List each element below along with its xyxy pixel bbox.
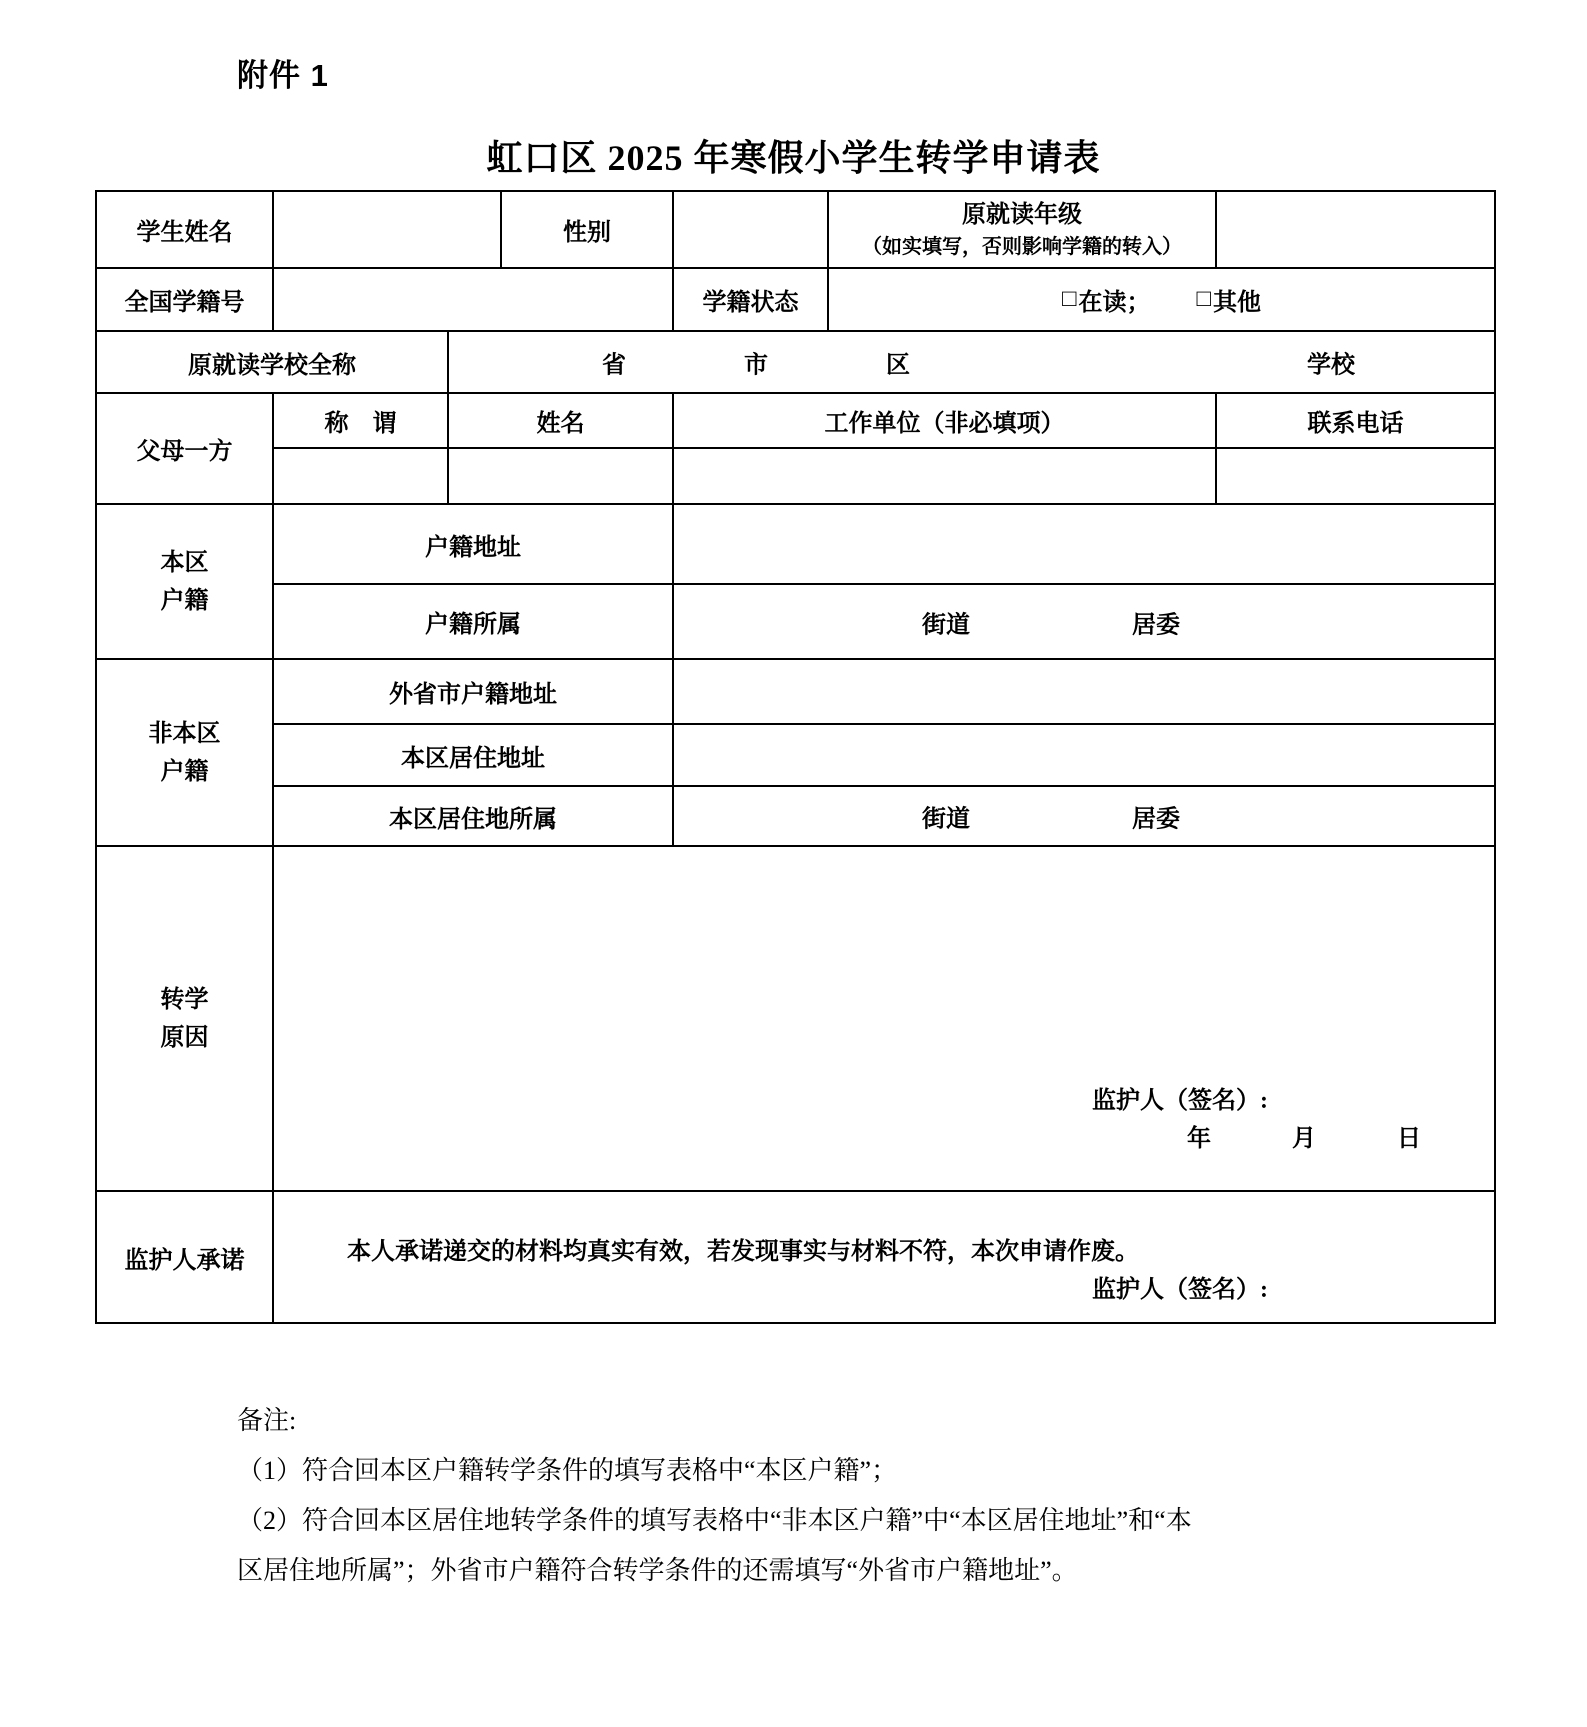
nonlocal-out-address-field[interactable] [673,659,1495,724]
checkbox-other-icon[interactable]: □ [1197,286,1212,313]
national-id-field[interactable] [273,268,673,331]
guardian-promise-field[interactable]: 本人承诺递交的材料均真实有效，若发现事实与材料不符，本次申请作废。 监护人（签名… [273,1191,1495,1323]
document-page: { "page": { "attachment_label": "附件 1", … [0,0,1587,1727]
note-line-2: （2）符合回本区居住地转学条件的填写表格中“非本区户籍”中“本区居住地址”和“本 [237,1496,1417,1546]
guardian-promise-label: 监护人承诺 [96,1191,273,1323]
original-grade-label: 原就读年级 [829,200,1215,230]
parent-phone-field[interactable] [1216,448,1495,504]
original-school-label: 原就读学校全称 [96,331,448,393]
nonlocal-live-address-field[interactable] [673,724,1495,786]
original-grade-note: （如实填写，否则影响学籍的转入） [829,234,1215,260]
nonlocal-hukou-line2: 户籍 [97,753,272,791]
school-unit-district: 区 [886,345,910,380]
note-line-3: 区居住地所属”；外省市户籍符合转学条件的还需填写“外省市户籍地址”。 [237,1546,1417,1596]
local-belong-units: 街道 居委 [674,586,1494,657]
nonlocal-hukou-line1: 非本区 [97,715,272,753]
nonlocal-live-belong-label: 本区居住地所属 [273,786,673,846]
parent-title-field[interactable] [273,448,448,504]
row-parent-header: 父母一方 称 谓 姓名 工作单位（非必填项） 联系电话 [96,393,1495,448]
note-line-1: （1）符合回本区户籍转学条件的填写表格中“本区户籍”； [237,1446,1417,1496]
attachment-label: 附件 1 [237,50,329,95]
local-hukou-belong-field[interactable]: 街道 居委 [673,584,1495,659]
date-year-label: 年 [1187,1118,1211,1153]
local-hukou-address-label: 户籍地址 [273,504,673,584]
local-hukou-line1: 本区 [97,544,272,582]
original-grade-header: 原就读年级 （如实填写，否则影响学籍的转入） [828,191,1216,268]
original-school-units: 省 市 区 学校 [449,333,1494,391]
nonlocal-live-address-label: 本区居住地址 [273,724,673,786]
guardian-signature-label: 监护人（签名）: [1092,1080,1268,1115]
street-label: 街道 [922,799,970,834]
status-option-enrolled-label: 在读； [1079,282,1151,317]
street-label: 街道 [922,604,970,639]
parent-name-label: 姓名 [448,393,673,448]
committee-label: 居委 [1132,604,1180,639]
guardian-promise-content: 本人承诺递交的材料均真实有效，若发现事实与材料不符，本次申请作废。 监护人（签名… [274,1193,1494,1321]
status-option-other-label: 其他 [1213,282,1261,317]
nonlocal-out-address-label: 外省市户籍地址 [273,659,673,724]
status-options: □在读； □其他 [828,268,1495,331]
row-transfer-reason: 转学 原因 监护人（签名）: 年 月 日 [96,846,1495,1191]
original-school-field[interactable]: 省 市 区 学校 [448,331,1495,393]
nonlocal-live-belong-field[interactable]: 街道 居委 [673,786,1495,846]
parent-phone-label: 联系电话 [1216,393,1495,448]
gender-label: 性别 [501,191,673,268]
parent-name-field[interactable] [448,448,673,504]
row-local-hukou-address: 本区 户籍 户籍地址 [96,504,1495,584]
transfer-reason-field[interactable]: 监护人（签名）: 年 月 日 [273,846,1495,1191]
status-options-wrap: □在读； □其他 [829,282,1494,317]
row-original-school: 原就读学校全称 省 市 区 学校 [96,331,1495,393]
national-id-label: 全国学籍号 [96,268,273,331]
checkbox-enrolled-icon[interactable]: □ [1062,286,1077,313]
parent-work-label: 工作单位（非必填项） [673,393,1216,448]
transfer-form-table: 学生姓名 性别 原就读年级 （如实填写，否则影响学籍的转入） 全国学籍号 学籍状… [95,190,1496,1324]
footnotes: 备注: （1）符合回本区户籍转学条件的填写表格中“本区户籍”； （2）符合回本区… [237,1396,1417,1596]
row-parent-entry [96,448,1495,504]
school-unit-province: 省 [602,345,626,380]
local-hukou-line2: 户籍 [97,582,272,620]
transfer-reason-signature-area: 监护人（签名）: 年 月 日 [274,848,1494,1189]
page-title: 虹口区 2025 年寒假小学生转学申请表 [0,130,1587,181]
local-hukou-belong-label: 户籍所属 [273,584,673,659]
row-nonlocal-live-address: 本区居住地址 [96,724,1495,786]
date-month-label: 月 [1292,1118,1316,1153]
status-label: 学籍状态 [673,268,828,331]
nonlocal-hukou-group-label: 非本区 户籍 [96,659,273,846]
parent-title-label: 称 谓 [273,393,448,448]
original-grade-field[interactable] [1216,191,1495,268]
row-national-id: 全国学籍号 学籍状态 □在读； □其他 [96,268,1495,331]
row-guardian-promise: 监护人承诺 本人承诺递交的材料均真实有效，若发现事实与材料不符，本次申请作废。 … [96,1191,1495,1323]
gender-field[interactable] [673,191,828,268]
local-hukou-group-label: 本区 户籍 [96,504,273,659]
transfer-reason-line1: 转学 [97,981,272,1019]
row-nonlocal-live-belong: 本区居住地所属 街道 居委 [96,786,1495,846]
guardian-promise-signature-label: 监护人（签名）: [1092,1269,1268,1304]
parent-work-field[interactable] [673,448,1216,504]
row-student-info: 学生姓名 性别 原就读年级 （如实填写，否则影响学籍的转入） [96,191,1495,268]
student-name-label: 学生姓名 [96,191,273,268]
school-unit-city: 市 [744,345,768,380]
row-nonlocal-out-address: 非本区 户籍 外省市户籍地址 [96,659,1495,724]
date-day-label: 日 [1397,1118,1421,1153]
transfer-reason-label: 转学 原因 [96,846,273,1191]
local-hukou-address-field[interactable] [673,504,1495,584]
committee-label: 居委 [1132,799,1180,834]
notes-heading: 备注: [237,1396,1417,1446]
parent-group-label: 父母一方 [96,393,273,504]
nonlocal-belong-units: 街道 居委 [674,788,1494,844]
transfer-reason-line2: 原因 [97,1019,272,1057]
school-unit-school: 学校 [1307,345,1355,380]
status-option-other: □其他 [1197,282,1262,317]
status-option-enrolled: □在读； [1062,282,1151,317]
row-local-hukou-belong: 户籍所属 街道 居委 [96,584,1495,659]
guardian-promise-text: 本人承诺递交的材料均真实有效，若发现事实与材料不符，本次申请作废。 [347,1231,1139,1266]
student-name-field[interactable] [273,191,501,268]
